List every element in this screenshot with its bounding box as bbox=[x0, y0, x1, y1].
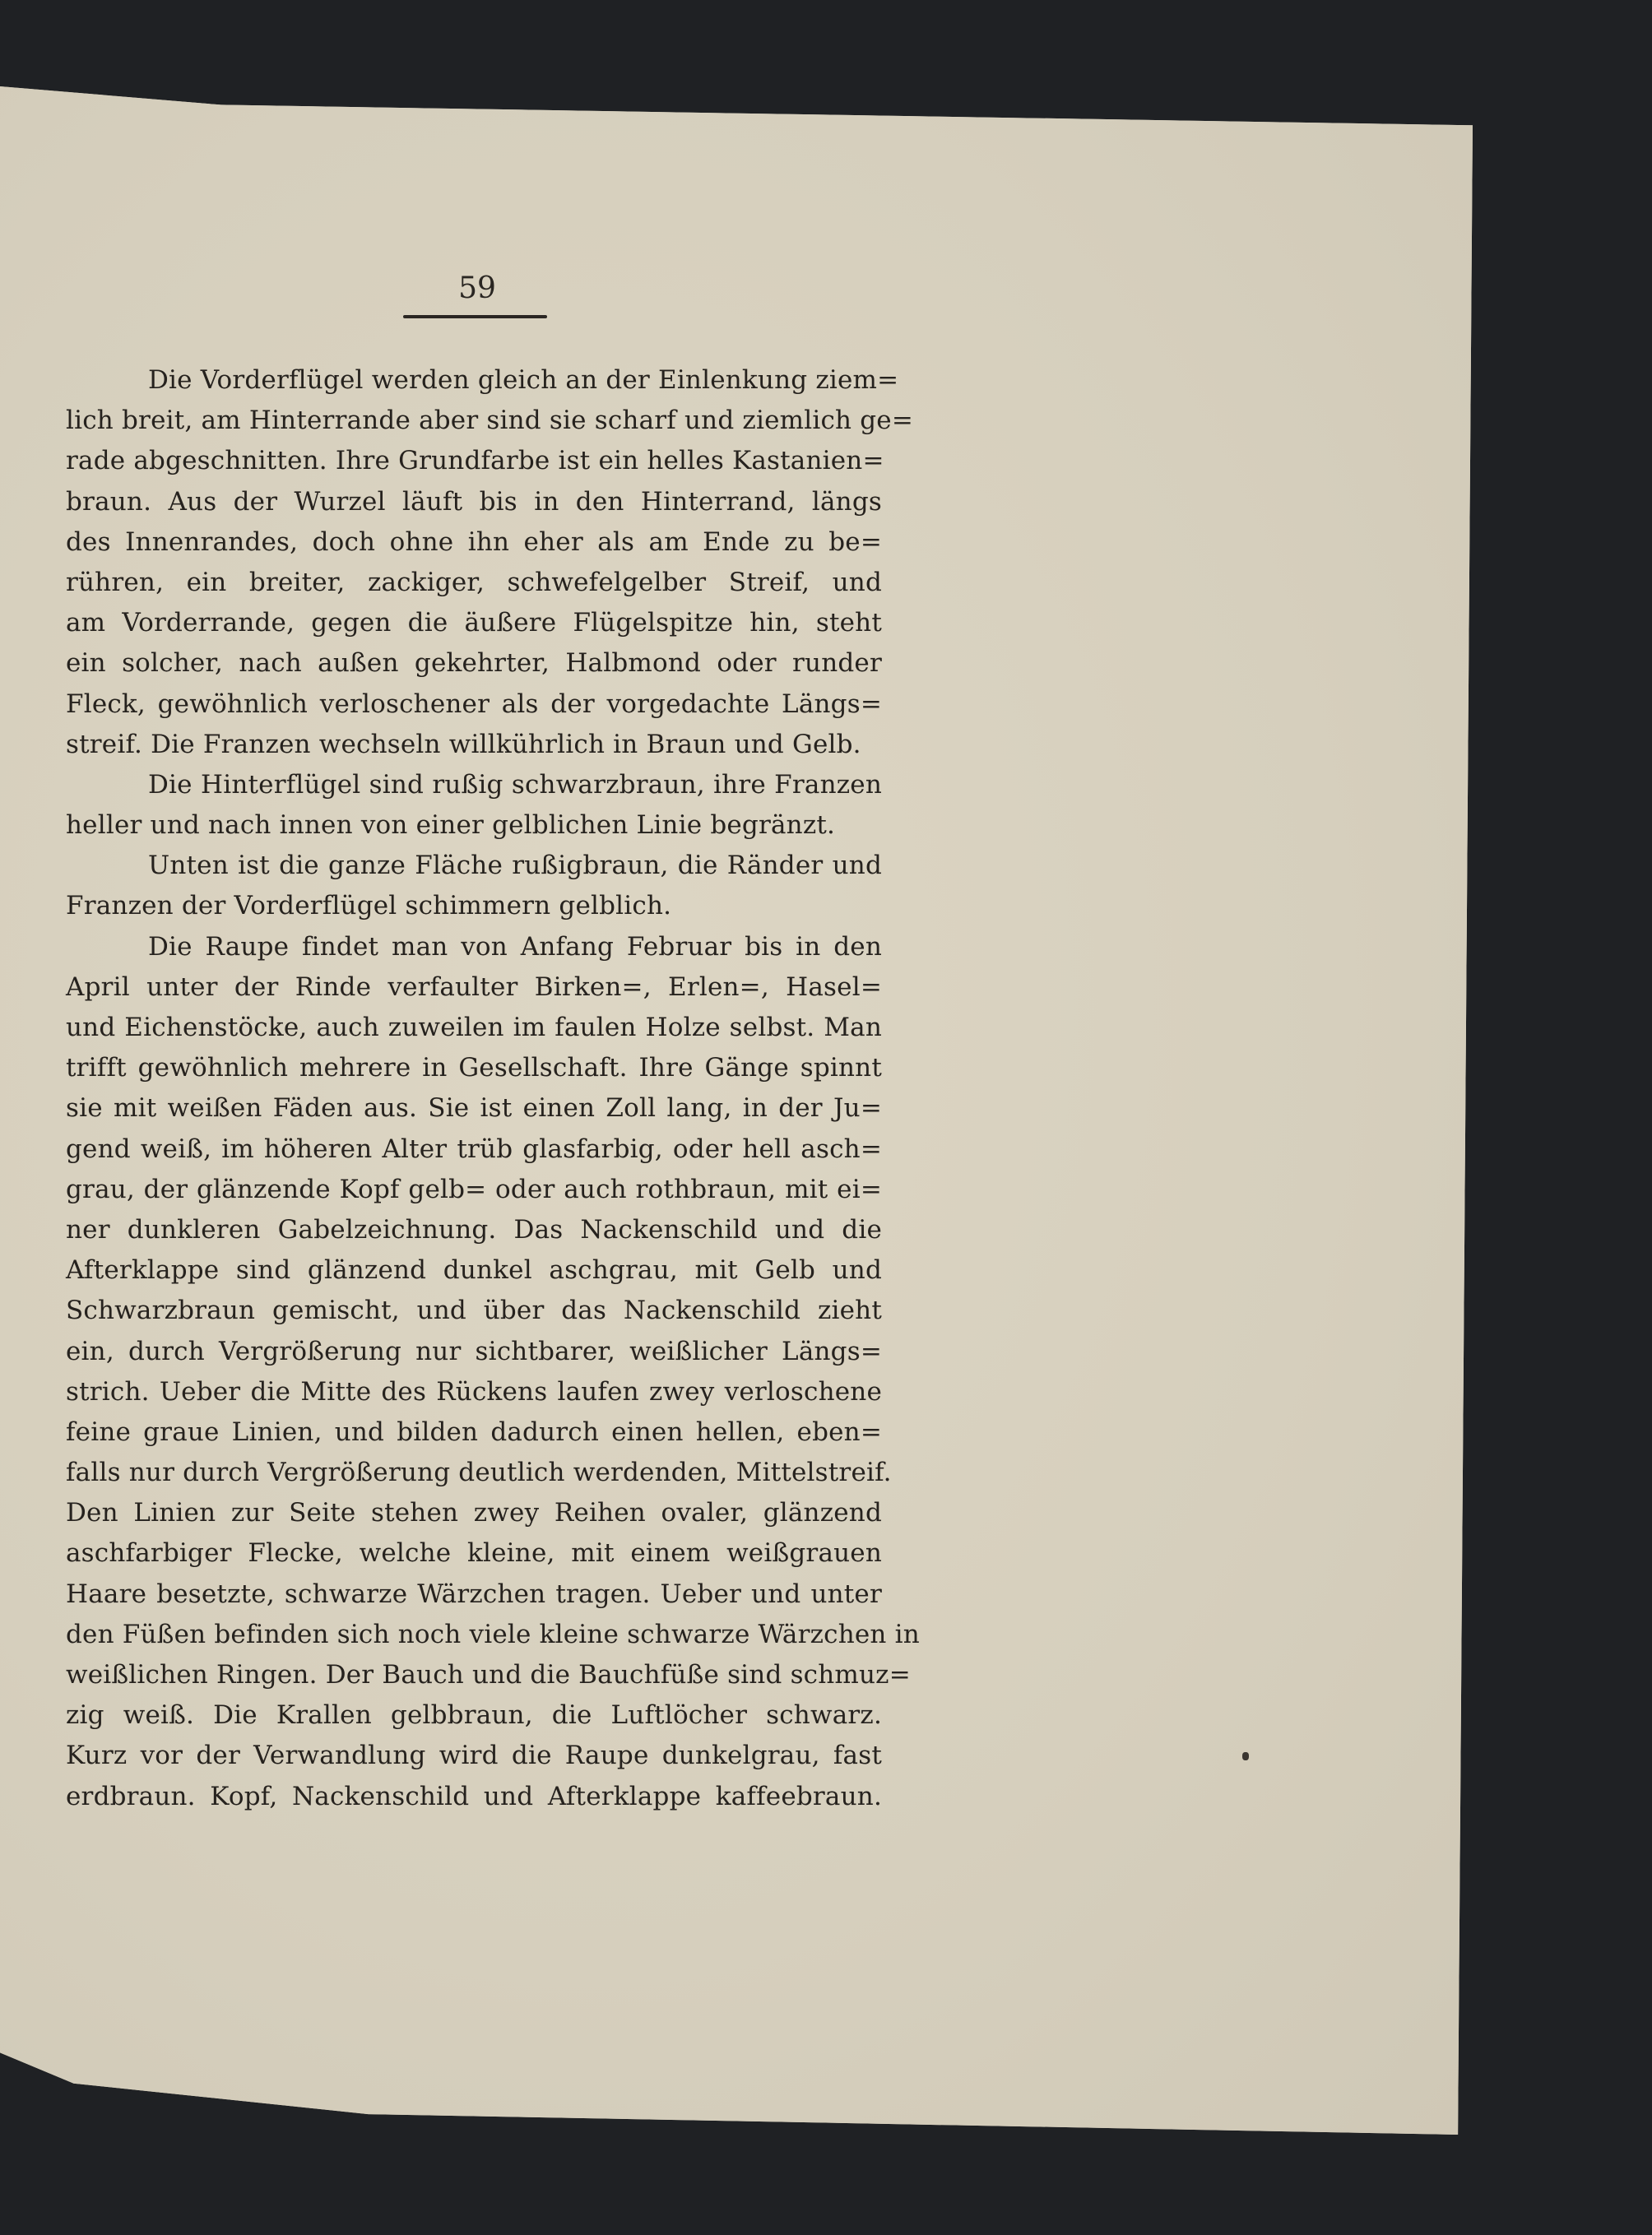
text-line: den Füßen befinden sich noch viele klein… bbox=[66, 1615, 882, 1655]
text-line: heller und nach innen von einer gelblich… bbox=[66, 805, 882, 846]
text-line: und Eichenstöcke, auch zuweilen im faule… bbox=[66, 1008, 882, 1048]
text-line: strich. Ueber die Mitte des Rückens lauf… bbox=[66, 1372, 882, 1412]
text-line: am Vorderrande, gegen die äußere Flügels… bbox=[66, 603, 882, 643]
text-line: weißlichen Ringen. Der Bauch und die Bau… bbox=[66, 1655, 882, 1695]
text-line: aschfarbiger Flecke, welche kleine, mit … bbox=[66, 1533, 882, 1574]
text-line: Die Vorderflügel werden gleich an der Ei… bbox=[66, 360, 882, 401]
text-line: lich breit, am Hinterrande aber sind sie… bbox=[66, 401, 882, 441]
text-line: Unten ist die ganze Fläche rußigbraun, d… bbox=[66, 846, 882, 886]
text-line: Afterklappe sind glänzend dunkel aschgra… bbox=[66, 1250, 882, 1291]
text-line: streif. Die Franzen wechseln willkührlic… bbox=[66, 725, 882, 765]
text-line: Schwarzbraun gemischt, und über das Nack… bbox=[66, 1291, 882, 1331]
text-line: feine graue Linien, und bilden dadurch e… bbox=[66, 1412, 882, 1453]
text-line: braun. Aus der Wurzel läuft bis in den H… bbox=[66, 482, 882, 522]
text-line: ein, durch Vergrößerung nur sichtbarer, … bbox=[66, 1332, 882, 1372]
text-line: zig weiß. Die Krallen gelbbraun, die Luf… bbox=[66, 1695, 882, 1736]
text-line: Die Hinterflügel sind rußig schwarzbraun… bbox=[66, 765, 882, 805]
text-line: falls nur durch Vergrößerung deutlich we… bbox=[66, 1453, 882, 1493]
text-line: ner dunkleren Gabelzeichnung. Das Nacken… bbox=[66, 1210, 882, 1250]
text-line: gend weiß, im höheren Alter trüb glasfar… bbox=[66, 1129, 882, 1170]
text-line: Kurz vor der Verwandlung wird die Raupe … bbox=[66, 1736, 882, 1776]
text-line: ein solcher, nach außen gekehrter, Halbm… bbox=[66, 643, 882, 684]
ink-speck bbox=[1242, 1752, 1249, 1760]
text-line: des Innenrandes, doch ohne ihn eher als … bbox=[66, 522, 882, 563]
text-line: Den Linien zur Seite stehen zwey Reihen … bbox=[66, 1493, 882, 1533]
page-number-rule bbox=[403, 315, 547, 318]
text-line: Haare besetzte, schwarze Wärzchen tragen… bbox=[66, 1574, 882, 1615]
text-line: rade abgeschnitten. Ihre Grundfarbe ist … bbox=[66, 441, 882, 481]
text-line: sie mit weißen Fäden aus. Sie ist einen … bbox=[66, 1088, 882, 1129]
text-line: April unter der Rinde verfaulter Birken=… bbox=[66, 967, 882, 1008]
text-line: grau, der glänzende Kopf gelb= oder auch… bbox=[66, 1170, 882, 1210]
text-line: Franzen der Vorderflügel schimmern gelbl… bbox=[66, 886, 882, 926]
page-number: 59 bbox=[448, 271, 506, 305]
text-line: Fleck, gewöhnlich verloschener als der v… bbox=[66, 684, 882, 725]
text-line: rühren, ein breiter, zackiger, schwefelg… bbox=[66, 563, 882, 603]
text-line: trifft gewöhnlich mehrere in Gesellschaf… bbox=[66, 1048, 882, 1088]
text-line: erdbraun. Kopf, Nackenschild und Afterkl… bbox=[66, 1777, 882, 1817]
text-line: Die Raupe findet man von Anfang Februar … bbox=[66, 927, 882, 967]
body-text: Die Vorderflügel werden gleich an der Ei… bbox=[66, 360, 882, 1817]
